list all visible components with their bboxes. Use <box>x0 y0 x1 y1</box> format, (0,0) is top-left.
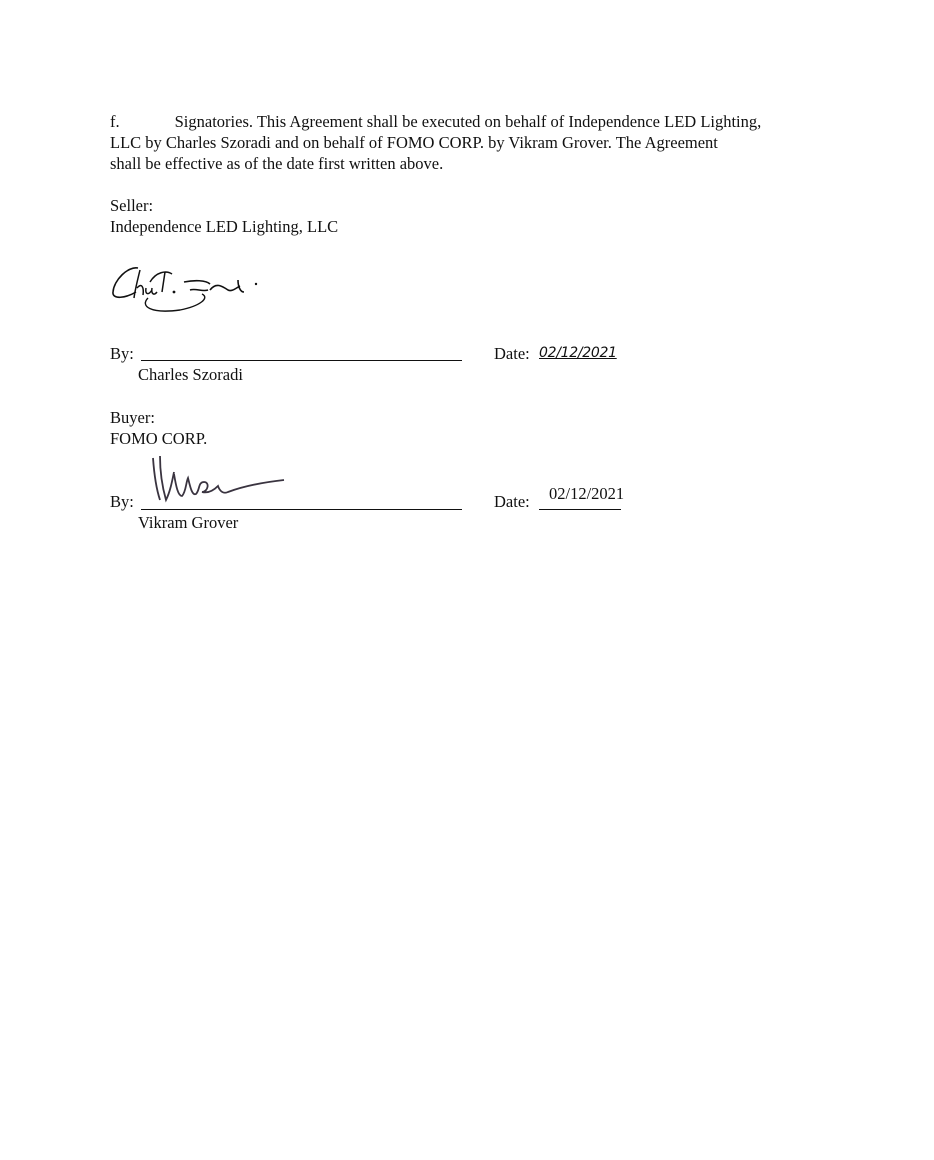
clause-line-2: LLC by Charles Szoradi and on behalf of … <box>110 132 840 153</box>
buyer-signature-icon <box>148 452 288 507</box>
seller-company: Independence LED Lighting, LLC <box>110 216 338 237</box>
buyer-signer-name: Vikram Grover <box>138 512 238 533</box>
buyer-date-line <box>539 509 621 510</box>
seller-label: Seller: <box>110 195 153 216</box>
seller-signature-icon <box>110 262 260 317</box>
clause-marker: f. <box>110 112 120 131</box>
buyer-label: Buyer: <box>110 407 155 428</box>
clause-line-1: f.Signatories. This Agreement shall be e… <box>110 111 840 132</box>
signatories-clause: f.Signatories. This Agreement shall be e… <box>110 111 840 174</box>
buyer-signature-line <box>141 509 462 510</box>
clause-line-3: shall be effective as of the date first … <box>110 153 840 174</box>
seller-date-label: Date: <box>494 343 530 364</box>
buyer-by-label: By: <box>110 491 134 512</box>
buyer-date-label: Date: <box>494 491 530 512</box>
buyer-date-value: 02/12/2021 <box>549 483 624 504</box>
buyer-company: FOMO CORP. <box>110 428 207 449</box>
seller-signature-line <box>141 360 462 361</box>
seller-by-label: By: <box>110 343 134 364</box>
seller-date-value: 02/12/2021 <box>539 343 617 364</box>
seller-signer-name: Charles Szoradi <box>138 364 243 385</box>
